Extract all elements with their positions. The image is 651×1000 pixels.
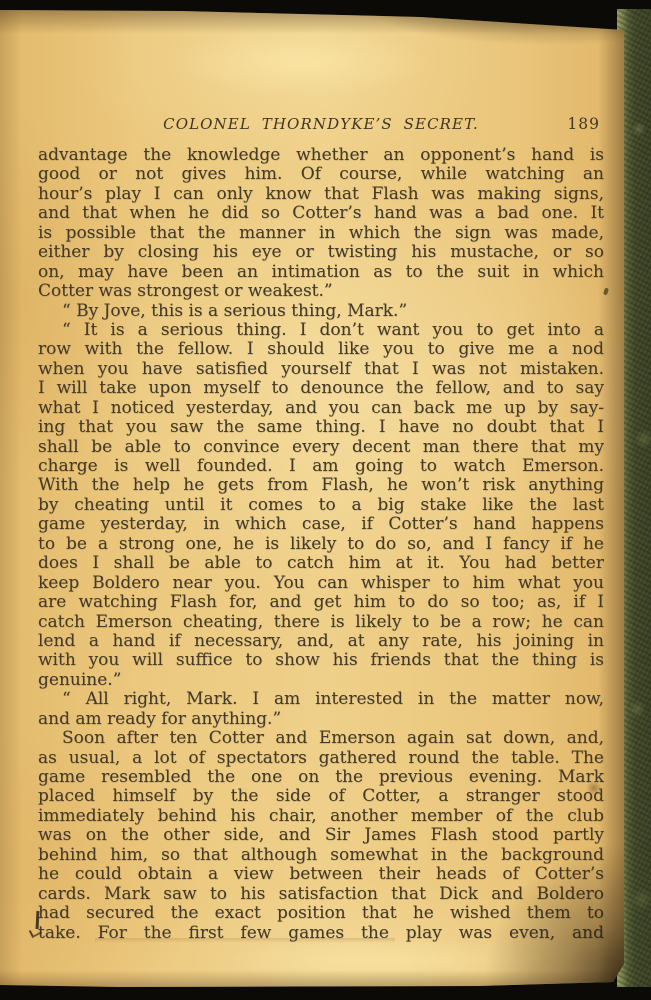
text-line: shall be able to convince every decent m… [38, 438, 604, 457]
text-line: I will take upon myself to denounce the … [38, 379, 604, 398]
text-line: hour’s play I can only know that Flash w… [38, 185, 604, 204]
text-line: row with the fellow. I should like you t… [38, 340, 604, 359]
text-line: and am ready for anything.” [38, 710, 604, 729]
text-line: as usual, a lot of spectators gathered r… [38, 749, 604, 768]
text-line: and that when he did so Cotter’s hand wa… [38, 204, 604, 223]
text-line: placed himself by the side of Cotter, a … [38, 787, 604, 806]
text-line: behind him, so that although somewhat in… [38, 846, 604, 865]
text-line: Soon after ten Cotter and Emerson again … [38, 729, 604, 748]
text-line: lend a hand if necessary, and, at any ra… [38, 632, 604, 651]
text-line: immediately behind his chair, another me… [38, 807, 604, 826]
text-line: by cheating until it comes to a big stak… [38, 496, 604, 515]
text-line: he could obtain a view between their hea… [38, 865, 604, 884]
text-line: advantage the knowledge whether an oppon… [38, 146, 604, 165]
running-header-title: COLONEL THORNDYKE’S SECRET. [38, 115, 604, 133]
text-line: game yesterday, in which case, if Cotter… [38, 515, 604, 534]
text-line: either by closing his eye or twisting hi… [38, 243, 604, 262]
paragraph: advantage the knowledge whether an oppon… [38, 146, 604, 302]
text-line: With the help he gets from Flash, he won… [38, 476, 604, 495]
text-line: “ It is a serious thing. I don’t want yo… [38, 321, 604, 340]
text-line: genuine.” [38, 671, 604, 690]
smudge [95, 938, 395, 943]
text-line: “ All right, Mark. I am interested in th… [38, 690, 604, 709]
text-line: on, may have been an intimation as to th… [38, 263, 604, 282]
text-line: does I shall be able to catch him at it.… [38, 554, 604, 573]
text-line: Cotter was strongest or weakest.” [38, 282, 604, 301]
text-line: when you have satisfied yourself that I … [38, 360, 604, 379]
ink-spot [586, 780, 602, 796]
paragraph: Soon after ten Cotter and Emerson again … [38, 729, 604, 943]
text-line: keep Boldero near you. You can whisper t… [38, 574, 604, 593]
text-line: charge is well founded. I am going to wa… [38, 457, 604, 476]
text-line: what I noticed yesterday, and you can ba… [38, 399, 604, 418]
paragraph: “ All right, Mark. I am interested in th… [38, 690, 604, 729]
text-line: ing that you saw the same thing. I have … [38, 418, 604, 437]
text-line: with you will suffice to show his friend… [38, 651, 604, 670]
text-line: are watching Flash for, and get him to d… [38, 593, 604, 612]
paragraph: “ It is a serious thing. I don’t want yo… [38, 321, 604, 690]
text-line: had secured the exact position that he w… [38, 904, 604, 923]
scanned-book-photo: COLONEL THORNDYKE’S SECRET. 189 advantag… [0, 0, 651, 1000]
book-page: COLONEL THORNDYKE’S SECRET. 189 advantag… [0, 0, 624, 992]
text-line: to be a strong one, he is likely to do s… [38, 535, 604, 554]
page-body: advantage the knowledge whether an oppon… [38, 146, 604, 943]
text-line: catch Emerson cheating, there is likely … [38, 613, 604, 632]
margin-fleck [603, 288, 609, 296]
scan-light-band-top [148, 16, 458, 108]
text-line: “ By Jove, this is a serious thing, Mark… [38, 302, 604, 321]
text-line: was on the other side, and Sir James Fla… [38, 826, 604, 845]
text-line: good or not gives him. Of course, while … [38, 165, 604, 184]
text-line: game resembled the one on the previous e… [38, 768, 604, 787]
page-number: 189 [567, 115, 600, 133]
text-line: cards. Mark saw to his satisfaction that… [38, 885, 604, 904]
text-line: is possible that the manner in which the… [38, 224, 604, 243]
running-header: COLONEL THORNDYKE’S SECRET. 189 [38, 115, 604, 137]
paragraph: “ By Jove, this is a serious thing, Mark… [38, 302, 604, 321]
